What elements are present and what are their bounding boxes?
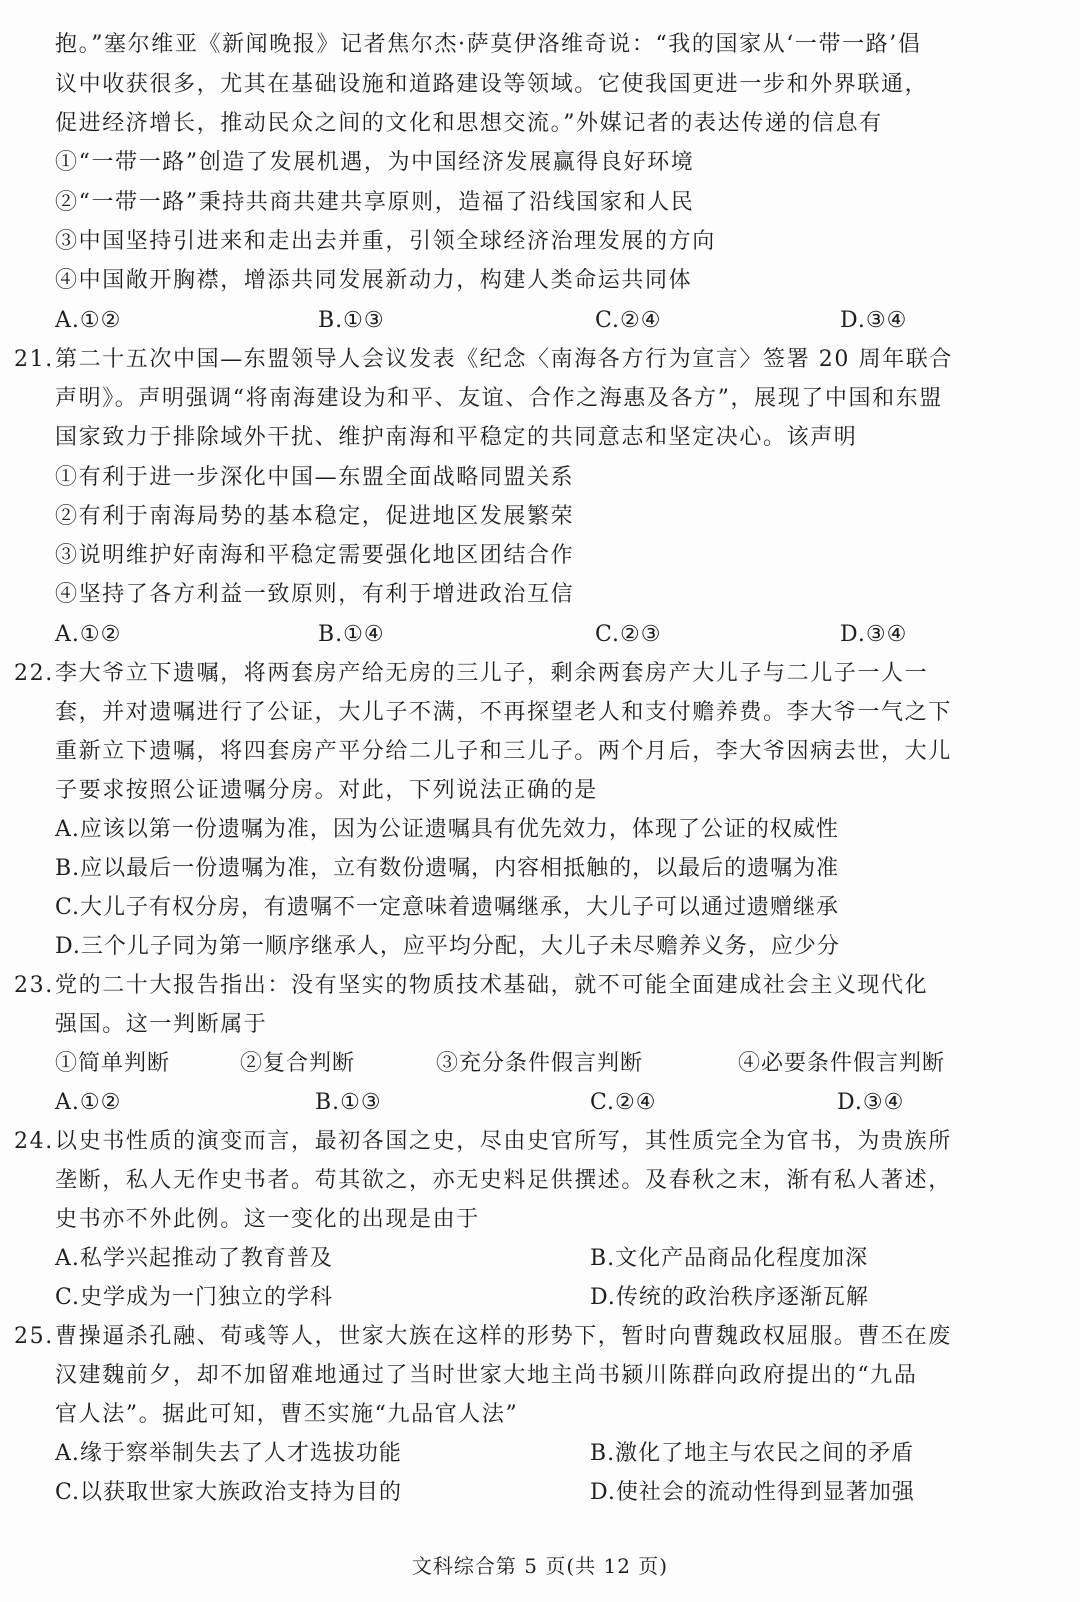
question-number: 22. <box>14 659 54 689</box>
option-d: D.③④ <box>840 620 907 650</box>
statement: ①有利于进一步深化中国—东盟全面战略同盟关系 <box>55 463 574 493</box>
option-c: C.大儿子有权分房，有遗嘱不一定意味着遗嘱继承，大儿子可以通过遗赠继承 <box>55 893 839 923</box>
question-stem: 垄断，私人无作史书者。苟其欲之，亦无史料足供撰述。及春秋之末，渐有私人著述， <box>55 1166 952 1196</box>
option-a: A.①② <box>55 306 121 336</box>
question-stem: 强国。这一判断属于 <box>55 1010 267 1040</box>
question-stem: 官人法”。据此可知，曹丕实施“九品官人法” <box>55 1400 518 1430</box>
option-b: B.激化了地主与农民之间的矛盾 <box>590 1439 914 1469</box>
option-a: A.应该以第一份遗嘱为准，因为公证遗嘱具有优先效力，体现了公证的权威性 <box>55 815 839 845</box>
statement: ④必要条件假言判断 <box>738 1049 945 1079</box>
statement: ③充分条件假言判断 <box>436 1049 643 1079</box>
statement: ①“一带一路”创造了发展机遇，为中国经济发展赢得良好环境 <box>55 148 694 178</box>
option-a: A.私学兴起推动了教育普及 <box>55 1244 333 1274</box>
question-stem: 史书亦不外此例。这一变化的出现是由于 <box>55 1205 480 1235</box>
question-stem: 套，并对遗嘱进行了公证，大儿子不满，不再探望老人和支付赡养费。李大爷一气之下 <box>55 698 952 728</box>
option-d: D.使社会的流动性得到显著加强 <box>590 1478 915 1508</box>
statement: ④坚持了各方利益一致原则，有利于增进政治互信 <box>55 580 574 610</box>
question-stem: 声明》。声明强调“将南海建设为和平、友谊、合作之海惠及各方”，展现了中国和东盟 <box>55 384 943 414</box>
question-stem: 子要求按照公证遗嘱分房。对此，下列说法正确的是 <box>55 776 598 806</box>
option-b: B.①③ <box>315 1088 382 1118</box>
option-c: C.史学成为一门独立的学科 <box>55 1283 333 1313</box>
question-stem: 重新立下遗嘱，将四套房产平分给二儿子和三儿子。两个月后，李大爷因病去世，大儿 <box>55 737 952 767</box>
option-a: A.①② <box>55 620 121 650</box>
option-d: D.传统的政治秩序逐渐瓦解 <box>590 1283 869 1313</box>
question-stem: 李大爷立下遗嘱，将两套房产给无房的三儿子，剩余两套房产大儿子与二儿子一人一 <box>55 659 928 689</box>
question-number: 23. <box>14 971 54 1001</box>
passage-line: 促进经济增长，推动民众之间的文化和思想交流。”外媒记者的表达传递的信息有 <box>55 109 883 139</box>
option-d: D.③④ <box>837 1088 904 1118</box>
question-stem: 汉建魏前夕，却不加留难地通过了当时世家大地主尚书颍川陈群向政府提出的“九品 <box>55 1361 917 1391</box>
option-c: C.②④ <box>595 306 662 336</box>
page-footer: 文科综合第 5 页(共 12 页) <box>0 1552 1080 1580</box>
option-b: B.应以最后一份遗嘱为准，立有数份遗嘱，内容相抵触的，以最后的遗嘱为准 <box>55 854 839 884</box>
option-b: B.文化产品商品化程度加深 <box>590 1244 868 1274</box>
question-number: 21. <box>14 345 54 375</box>
question-stem: 曹操逼杀孔融、荀彧等人，世家大族在这样的形势下，暂时向曹魏政权屈服。曹丕在废 <box>55 1322 952 1352</box>
statement: ③中国坚持引进来和走出去并重，引领全球经济治理发展的方向 <box>55 227 716 257</box>
passage-line: 抱。”塞尔维亚《新闻晚报》记者焦尔杰·萨莫伊洛维奇说：“我的国家从‘一带一路’倡 <box>55 30 921 60</box>
exam-page: 抱。”塞尔维亚《新闻晚报》记者焦尔杰·萨莫伊洛维奇说：“我的国家从‘一带一路’倡… <box>0 0 1080 1602</box>
statement: ②“一带一路”秉持共商共建共享原则，造福了沿线国家和人民 <box>55 188 694 218</box>
statement: ④中国敞开胸襟，增添共同发展新动力，构建人类命运共同体 <box>55 266 692 296</box>
question-stem: 第二十五次中国—东盟领导人会议发表《纪念〈南海各方行为宣言〉签署 20 周年联合 <box>55 345 953 375</box>
question-stem: 以史书性质的演变而言，最初各国之史，尽由史官所写，其性质完全为官书，为贵族所 <box>55 1127 952 1157</box>
option-b: B.①④ <box>318 620 385 650</box>
option-a: A.①② <box>55 1088 121 1118</box>
statement: ①简单判断 <box>55 1049 170 1079</box>
option-c: C.②④ <box>590 1088 657 1118</box>
question-number: 25. <box>14 1322 54 1352</box>
question-stem: 党的二十大报告指出：没有坚实的物质技术基础，就不可能全面建成社会主义现代化 <box>55 971 928 1001</box>
statement: ②复合判断 <box>240 1049 355 1079</box>
option-d: D.③④ <box>840 306 907 336</box>
statement: ③说明维护好南海和平稳定需要强化地区团结合作 <box>55 541 574 571</box>
option-c: C.②③ <box>595 620 662 650</box>
question-stem: 国家致力于排除域外干扰、维护南海和平稳定的共同意志和坚定决心。该声明 <box>55 423 857 453</box>
option-a: A.缘于察举制失去了人才选拔功能 <box>55 1439 402 1469</box>
option-d: D.三个儿子同为第一顺序继承人，应平均分配，大儿子未尽赡养义务，应少分 <box>55 932 840 962</box>
statement: ②有利于南海局势的基本稳定，促进地区发展繁荣 <box>55 502 574 532</box>
question-number: 24. <box>14 1127 54 1157</box>
option-b: B.①③ <box>318 306 385 336</box>
option-c: C.以获取世家大族政治支持为目的 <box>55 1478 402 1508</box>
passage-line: 议中收获很多，尤其在基础设施和道路建设等领域。它使我国更进一步和外界联通， <box>55 70 928 100</box>
